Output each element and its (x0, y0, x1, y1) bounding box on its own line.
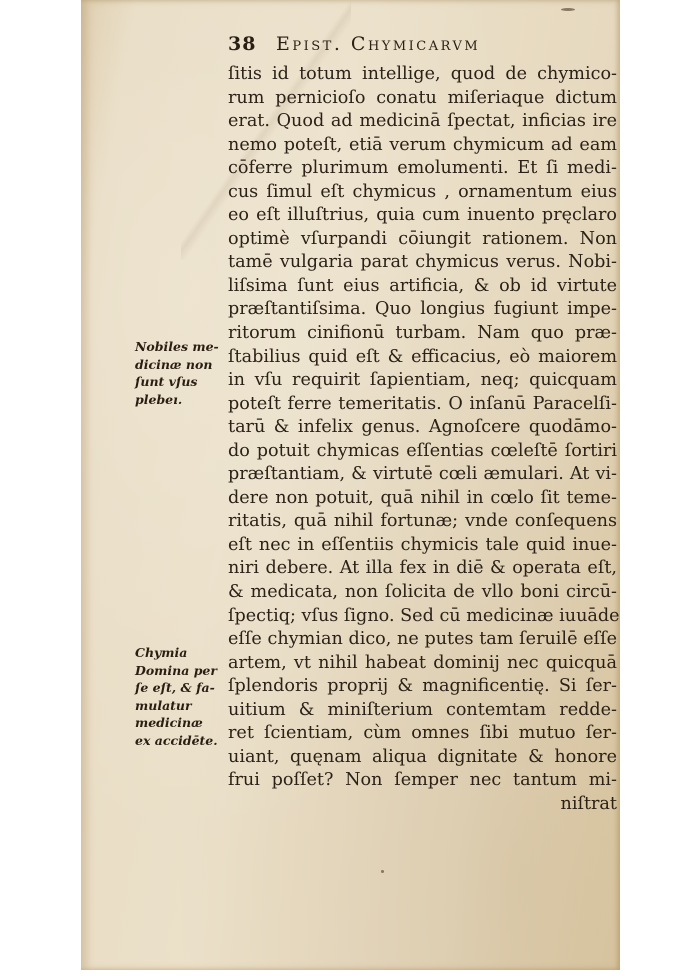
margin-note-line: Chymia (135, 644, 230, 662)
margin-note-nobiles: Nobiles me- dicinæ non ſunt vſus plebeı. (135, 338, 230, 408)
text-line: erat. Quod ad medicinā ſpectat, inficias… (228, 110, 617, 134)
text-line: ritorum cinifionū turbam. Nam quo præ- (228, 322, 617, 346)
text-line: in vſu requirit ſapientiam, neq; quicqua… (228, 369, 617, 393)
margin-note-line: ſunt vſus (135, 373, 230, 391)
page-number: 38 (228, 33, 256, 55)
text-line: rum pernicioſo conatu miſeriaque dictum (228, 87, 617, 111)
text-line: cus ſimul eſt chymicus , ornamentum eius (228, 181, 617, 205)
margin-note-line: mulatur (135, 697, 230, 715)
ink-speck (381, 870, 384, 873)
margin-note-line: Domina per (135, 662, 230, 680)
page-header: 38 Epist. Chymicarvm (228, 33, 618, 59)
running-head: Epist. Chymicarvm (276, 33, 480, 55)
body-text: ſitis id totum intellige, quod de chymic… (228, 63, 617, 817)
text-line: poteſt ferre temeritatis. O inſanū Parac… (228, 393, 617, 417)
text-line: artem, vt nihil habeat dominij nec quicq… (228, 652, 617, 676)
text-line: frui poſſet? Non ſemper nec tantum mi- (228, 769, 617, 793)
text-line: uitium & miniſterium contemtam redde- (228, 699, 617, 723)
text-line: eo eſt illuſtrius, quia cum inuento pręc… (228, 204, 617, 228)
text-line: niri debere. At illa fex in diē & operat… (228, 557, 617, 581)
text-line: optimè vſurpandi cōiungit rationem. Non (228, 228, 617, 252)
text-line: nemo poteſt, etiā verum chymicum ad eam (228, 134, 617, 158)
text-line: tarū & infelix genus. Agnoſcere quodāmo- (228, 416, 617, 440)
text-line: ſtabilius quid eſt & efficacius, eò maio… (228, 346, 617, 370)
ink-speck (561, 8, 575, 11)
text-line: tamē vulgaria parat chymicus verus. Nobi… (228, 251, 617, 275)
text-line: ſplendoris proprij & magnificentię. Si ſ… (228, 675, 617, 699)
text-line: uiant, quęnam aliqua dignitate & honore (228, 746, 617, 770)
margin-note-line: plebeı. (135, 391, 230, 409)
text-line: ritatis, quā nihil fortunæ; vnde conſequ… (228, 510, 617, 534)
margin-note-line: dicinæ non (135, 356, 230, 374)
text-line: cōferre plurimum emolumenti. Et ſi medi- (228, 157, 617, 181)
margin-note-line: ſe eſt, & fa- (135, 679, 230, 697)
margin-note-chymia: Chymia Domina per ſe eſt, & fa- mulatur … (135, 644, 230, 749)
text-line: do potuit chymicas eſſentias cœleſtē ſor… (228, 440, 617, 464)
text-line: ret ſcientiam, cùm omnes ſibi mutuo ſer- (228, 722, 617, 746)
text-line: & medicata, non ſolicita de vllo boni ci… (228, 581, 617, 605)
text-line: eſt nec in eſſentiis chymicis tale quid … (228, 534, 617, 558)
text-line: eſſe chymian dico, ne putes tam ſeruilē … (228, 628, 617, 652)
margin-note-line: ex accidēte. (135, 732, 230, 750)
text-line: præſtantiſsima. Quo longius fugiunt impe… (228, 298, 617, 322)
text-line: liſsima ſunt eius artificia, & ob id vir… (228, 275, 617, 299)
margin-note-line: medicinæ (135, 714, 230, 732)
margin-note-line: Nobiles me- (135, 338, 230, 356)
catchword: niſtrat (228, 793, 617, 817)
text-line: dere non potuit, quā nihil in cœlo ſit t… (228, 487, 617, 511)
text-line: ſitis id totum intellige, quod de chymic… (228, 63, 617, 87)
text-line: ſpectiq; vſus ſigno. Sed cū medicinæ iuu… (228, 605, 617, 629)
text-line: præſtantiam, & virtutē cœli æmulari. At … (228, 463, 617, 487)
